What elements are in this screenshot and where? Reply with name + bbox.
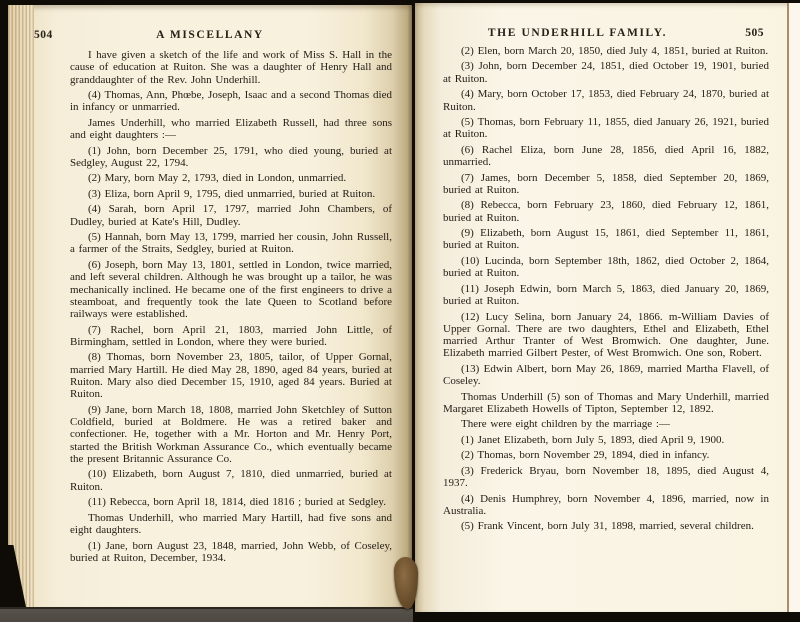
paragraph: (2) Elen, born March 20, 1850, died July… [443,45,769,57]
paragraph: (4) Sarah, born April 17, 1797, married … [70,203,392,228]
paragraph: (4) Denis Humphrey, born November 4, 189… [443,493,769,518]
left-page: 504 A MISCELLANY I have given a sketch o… [8,5,412,607]
paragraph: (4) Mary, born October 17, 1853, died Fe… [443,88,769,113]
paragraph: (4) Thomas, Ann, Phœbe, Joseph, Isaac an… [70,89,392,114]
paragraph: (10) Lucinda, born September 18th, 1862,… [443,255,769,280]
running-title-right: THE UNDERHILL FAMILY. [415,27,740,39]
paragraph: (7) Rachel, born April 21, 1803, married… [70,324,392,349]
page-number-right: 505 [745,27,764,39]
paragraph: (2) Thomas, born November 29, 1894, died… [443,449,769,461]
paragraph: Thomas Underhill, who married Mary Harti… [70,512,392,537]
paragraph: I have given a sketch of the life and wo… [70,49,392,86]
paragraph: (5) Thomas, born February 11, 1855, died… [443,116,769,141]
left-page-text: I have given a sketch of the life and wo… [70,49,392,567]
bottom-page-edge-band [0,607,413,622]
paragraph: (5) Frank Vincent, born July 31, 1898, m… [443,520,769,532]
paragraph: (1) Janet Elizabeth, born July 5, 1893, … [443,434,769,446]
paragraph: (2) Mary, born May 2, 1793, died in Lond… [70,172,392,184]
paragraph: (1) John, born December 25, 1791, who di… [70,145,392,170]
paragraph: (6) Joseph, born May 13, 1801, settled i… [70,259,392,320]
paragraph: (10) Elizabeth, born August 7, 1810, die… [70,468,392,493]
paragraph: (8) Rebecca, born February 23, 1860, die… [443,199,769,224]
right-page: THE UNDERHILL FAMILY. 505 (2) Elen, born… [415,3,800,612]
paragraph: There were eight children by the marriag… [443,418,769,430]
left-running-head: 504 A MISCELLANY [8,29,412,43]
paragraph: (13) Edwin Albert, born May 26, 1869, ma… [443,363,769,388]
scanned-book-spread: { "left_page": { "page_number": "504", "… [0,0,800,622]
running-title-left: A MISCELLANY [8,29,412,41]
paragraph: (5) Hannah, born May 13, 1799, married h… [70,231,392,256]
paragraph: (3) Frederick Bryau, born November 18, 1… [443,465,769,490]
right-page-text: (2) Elen, born March 20, 1850, died July… [443,45,769,536]
page-edge-stack [8,5,34,607]
paragraph: (7) James, born December 5, 1858, died S… [443,172,769,197]
paragraph: Thomas Underhill (5) son of Thomas and M… [443,391,769,416]
paragraph: (1) Jane, born August 23, 1848, married,… [70,540,392,565]
paragraph: James Underhill, who married Elizabeth R… [70,117,392,142]
paragraph: (3) Eliza, born April 9, 1795, died unma… [70,188,392,200]
paragraph: (9) Jane, born March 18, 1808, married J… [70,404,392,465]
right-running-head: THE UNDERHILL FAMILY. 505 [415,27,800,41]
fore-edge-line [787,3,800,612]
paragraph: (12) Lucy Selina, born January 24, 1866.… [443,311,769,360]
paragraph: (11) Rebecca, born April 18, 1814, died … [70,496,392,508]
paragraph: (6) Rachel Eliza, born June 28, 1856, di… [443,144,769,169]
paragraph: (11) Joseph Edwin, born March 5, 1863, d… [443,283,769,308]
paragraph: (9) Elizabeth, born August 15, 1861, die… [443,227,769,252]
paragraph: (3) John, born December 24, 1851, died O… [443,60,769,85]
paragraph: (8) Thomas, born November 23, 1805, tail… [70,351,392,400]
